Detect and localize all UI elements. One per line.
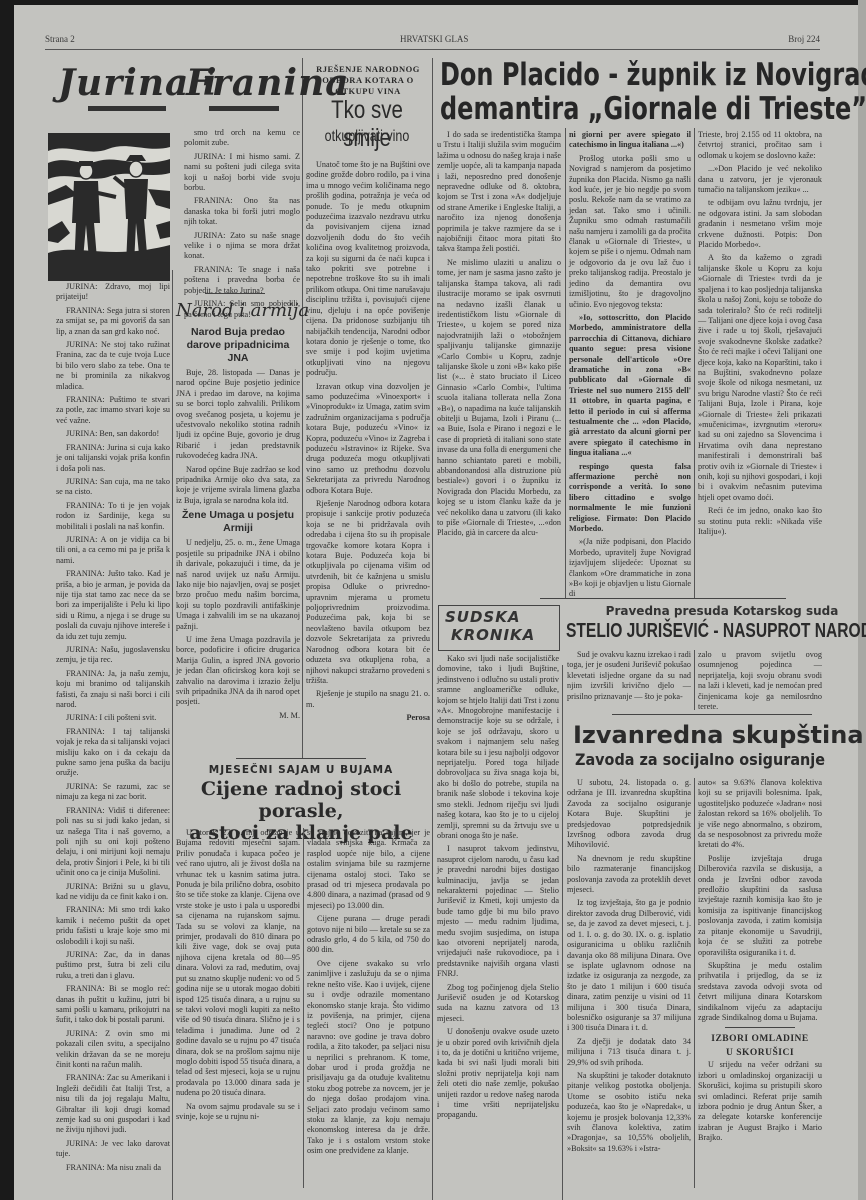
article-paragraph: ni giorni per avere spiegato il catechis… [569,130,691,151]
article-paragraph: Kako svi ljudi naše socijalističke domov… [437,654,559,841]
izvanredna-col2: auto« sa 9.63% članova kolektiva koji su… [698,778,822,1147]
article-paragraph: Na dnevnom je redu skupštine bilo razmat… [567,854,691,896]
article-paragraph: U utorak, 27. o. mj. održan je u Bujama … [176,828,300,1099]
dialogue-line: FRANINA: Ma nisu znali da [48,1163,170,1173]
dialogue-line: JURINA: Našu, jugoslavensku zemju, je ti… [48,645,170,666]
article-paragraph: ...»Don Placido je već nekoliko dana u z… [698,164,822,195]
dialogue-line: JURINA: Je vec lako darovat tuje. [48,1139,170,1160]
article-paragraph: Prošlog utorka pošli smo u Novigrad s na… [569,154,691,310]
dialogue-line: FRANINA: Ono šta nas danaska toka bi for… [176,196,300,227]
article-paragraph: Zbog tog počinjenog djela Stelio Jurišev… [437,983,559,1025]
article-paragraph: Poslije izvještaja druga Dilberovića raz… [698,854,822,958]
dialogue-line: JURINA: I mi hismo sami. Z nami su pošte… [176,152,300,194]
article-paragraph: Za dječji je dodatak dato 34 milijuna i … [567,1037,691,1068]
article-paragraph: »(Ja niže podpisani, don Placido Morbedo… [569,537,691,599]
sudska-col3: zalo u pravom svijetlu ovog osumnjenog p… [698,650,822,715]
narod-armija-articles: Narod Buja predao darove pripadnicima JN… [176,326,300,721]
section-rule [612,714,812,715]
article-paragraph: Ne mislimo ulaziti u analizu o tome, jer… [437,258,561,539]
article-signature: Perosa [306,713,430,723]
article-signature: M. M. [176,711,300,721]
sudska-col1: Kako svi ljudi naše socijalističke domov… [437,654,559,1124]
sudska-kronika-logo: SUDSKA KRONIKA [438,605,560,651]
scan-edge-right [858,0,866,1200]
article-paragraph: Cijene purana — druge peradi gotovo nije… [307,914,430,956]
dialogue-line: FRANINA: Bi se moglo reć: danas ih pušti… [48,984,170,1026]
dialogue-line: JURINA: Se razumi, zac se nimaju za kega… [48,782,170,803]
article-paragraph: Iz tog izvještaja, što ga je podnio dire… [567,898,691,1033]
don-placido-headline: Don Placido - župnik iz Novigrada demant… [440,58,801,126]
don-placido-col3: Trieste, broj 2.155 od 11 oktobra, na če… [698,130,822,540]
izvanredna-subheadline: Zavoda za socijalno osiguranje [575,750,825,769]
headline-line: U SKORUŠICI [698,1046,822,1060]
header-rule [45,49,820,50]
article-paragraph: »Io, sottoscritto, don Placido Morbedo, … [569,313,691,459]
woodcut-illustration [48,133,170,281]
article-paragraph: U srijedu na večer održani su izbori u o… [698,1060,822,1143]
article-paragraph: Ove cijene svakako su vrlo zanimljive i … [307,959,430,1157]
article-headline: Žene Umaga u posjetu Armiji [176,509,300,535]
tko-sve-body: Unatoč tome što je na Bujštini ove godin… [306,160,430,724]
masthead-bar [88,106,166,111]
section-title-narod-armija: Narod i armija [176,300,309,321]
article-paragraph: Unatoč tome što je na Bujštini ove godin… [306,160,430,379]
dialogue-line: JURINA: I cili pošteni svit. [48,713,170,723]
sajam-col2: su smjele dovoziti na sajam, jer je vlad… [307,828,430,1160]
issue-number: Broj 224 [788,34,820,44]
article-paragraph: Buje, 28. listopada — Danas je narod opć… [176,368,300,462]
dialogue-line: JURINA: Ne stoj tako ružinat Franina, za… [48,340,170,392]
running-header: Strana 2 HRVATSKI GLAS Broj 224 [45,34,820,48]
dialogue-line: FRANINA: Puštimo te stvari za potle, zac… [48,395,170,426]
ornament-rule [205,293,265,294]
headline-line: Don Placido - župnik iz Novigrada [440,58,801,92]
article-paragraph: U ime žena Umaga pozdravila je borce, po… [176,635,300,708]
article-paragraph: te odbijam ovu lažnu tvrdnju, jer ne odg… [698,198,822,250]
column-rule [694,778,695,1188]
dialogue-line: FRANINA: Mi smo trdi kako kamik i nećemo… [48,905,170,947]
article-paragraph: su smjele dovoziti na sajam, jer je vlad… [307,828,430,911]
newspaper-name: HRVATSKI GLAS [400,34,468,44]
dialogue-line: JURINA: Brižni su u glavu, kad ne vidiju… [48,882,170,903]
article-paragraph: zalo u pravom svijetlu ovog osumnjenog p… [698,650,822,712]
article-paragraph: Izravan otkup vina dozvoljen je samo pod… [306,382,430,496]
column-rule [432,58,433,1200]
masthead-bar [209,106,279,111]
headline-line: IZBORI OMLADINE [698,1032,822,1046]
logo-line: SUDSKA [445,608,553,626]
article-paragraph: U subotu, 24. listopada o. g. održana je… [567,778,691,851]
scan-edge-top [0,0,866,5]
column-rule [694,650,695,710]
dialogue-line: FRANINA: Vidiš ti diferenee: poli nas su… [48,806,170,879]
article-paragraph: auto« sa 9.63% članova kolektiva koji su… [698,778,822,851]
dialogue-line: FRANINA: Te snage i naša poštena i prave… [176,265,300,296]
dialogue-line: smo trd orch na kemu ce polomit zube. [176,128,300,149]
article-paragraph: U nedjelju, 25. o. m., žene Umaga posjet… [176,538,300,632]
page-label: Strana 2 [45,34,75,44]
article-paragraph: I nasuprot takvom jedinstvu, nasuprot ci… [437,844,559,979]
section-rule [540,598,786,599]
dialogue-line: FRANINA: Ja, ja našu zemju, koju mi bran… [48,669,170,711]
dialogue-line: JURINA: Zdravo, moj lipi prijateiju! [48,282,170,303]
dialogue-line: FRANINA: Jurina si cuja kako je oni tali… [48,443,170,474]
dialogue-line: FRANINA: Zac su Amerikani i Ingleži deči… [48,1073,170,1135]
dialogue-line: FRANINA: Jušto tako. Kad je priša, a bio… [48,569,170,642]
column-rule [565,128,566,598]
don-placido-col2: ni giorni per avere spiegato il catechis… [569,130,691,603]
dialogue-line: JURINA: Ben, san dakordo! [48,429,170,439]
article-paragraph: Skupština je među ostalim prihvatila i p… [698,961,822,1023]
section-rule [236,758,366,759]
dialogue-line: JURINA: A on je vidija ca bi tili oni, a… [48,535,170,566]
column-rule [172,270,173,1200]
headline-line: demantira „Giornale di Trieste” [440,92,801,126]
scan-edge-left [0,0,14,1200]
article-paragraph: Na ovom sajmu prodavale su se i svinje, … [176,1102,300,1123]
izvanredna-col1: U subotu, 24. listopada o. g. održana je… [567,778,691,1157]
tko-sve-kicker: RJEŠENJE NARODNOG ODBORA KOTARA O OTKUPU… [306,64,430,97]
article-paragraph: Reći će im jedno, onako kao što su stoti… [698,506,822,537]
article-paragraph: Rješenje Narodnog odbora kotara propisuj… [306,499,430,686]
column-rule [302,58,303,758]
dialogue-line: FRANINA: I taj talijanski vojak je reka … [48,727,170,779]
article-paragraph: Na skupštini je također dotaknuto pitanj… [567,1071,691,1154]
don-placido-col1: I do sada se iredentistička štampa u Trs… [437,130,561,542]
sajam-kicker: MJESEČNI SAJAM U BUJAMA [172,764,430,776]
sudska-kicker: Pravedna presuda Kotarskog suda [584,604,860,618]
article-paragraph: Trieste, broj 2.155 od 11 oktobra, na če… [698,130,822,161]
article-paragraph: I do sada se iredentistička štampa u Trs… [437,130,561,255]
article-headline: Narod Buja predao darove pripadnicima JN… [176,326,300,365]
article-paragraph: A što da kažemo o zgradi talijanske škol… [698,253,822,503]
newspaper-page: Strana 2 HRVATSKI GLAS Broj 224 Jurina i… [0,0,866,1200]
dialogue-line: JURINA: Zac, da in danas puštimo prst, š… [48,950,170,981]
headline-line: Cijene radnoj stoci porasle, [172,778,430,822]
dialogue-line: JURINA: Z ovin smo mi pokazali cilen svi… [48,1029,170,1071]
column-rule [694,128,695,598]
article-paragraph: U donošenju ovakve osude uzeto je u obzi… [437,1027,559,1121]
dialogue-line: JURINA: Zato su naše snage velike i o nj… [176,231,300,262]
article-paragraph: Sud je ovakvu kaznu izrekao i radi toga,… [567,650,691,702]
jurina-franina-dialogue: JURINA: Zdravo, moj lipi prijateiju! FRA… [48,282,170,1176]
dialogue-line: FRANINA: Sega jutra si storen za smijat … [48,306,170,337]
column-rule [303,828,304,1188]
izvanredna-headline: Izvanredna skupština [573,721,864,749]
tko-sve-subheadline: otkupljivati vino [318,128,416,146]
izbori-headline: IZBORI OMLADINE U SKORUŠICI [698,1032,822,1060]
column-rule [562,665,563,1200]
dialogue-line: JURINA: San cuja, ma ne tako se na cisto… [48,477,170,498]
stelio-headline: STELIO JURIŠEVIĆ - NASUPROT NARODU [566,620,800,643]
article-paragraph: respingo questa falsa affermazione perch… [569,462,691,535]
logo-line: KRONIKA [445,626,553,644]
article-paragraph: Rješenje je stupilo na snagu 21. o. m. [306,689,430,710]
sajam-col1: U utorak, 27. o. mj. održan je u Bujama … [176,828,300,1125]
article-rule [725,1027,795,1028]
sudska-col2: Sud je ovakvu kaznu izrekao i radi toga,… [567,650,691,705]
two-men-illustration-icon [48,133,170,281]
article-paragraph: Narod općine Buje zadržao se kod pripadn… [176,465,300,507]
dialogue-line: FRANINA: To ti je jen vojak rodon iz Sar… [48,501,170,532]
